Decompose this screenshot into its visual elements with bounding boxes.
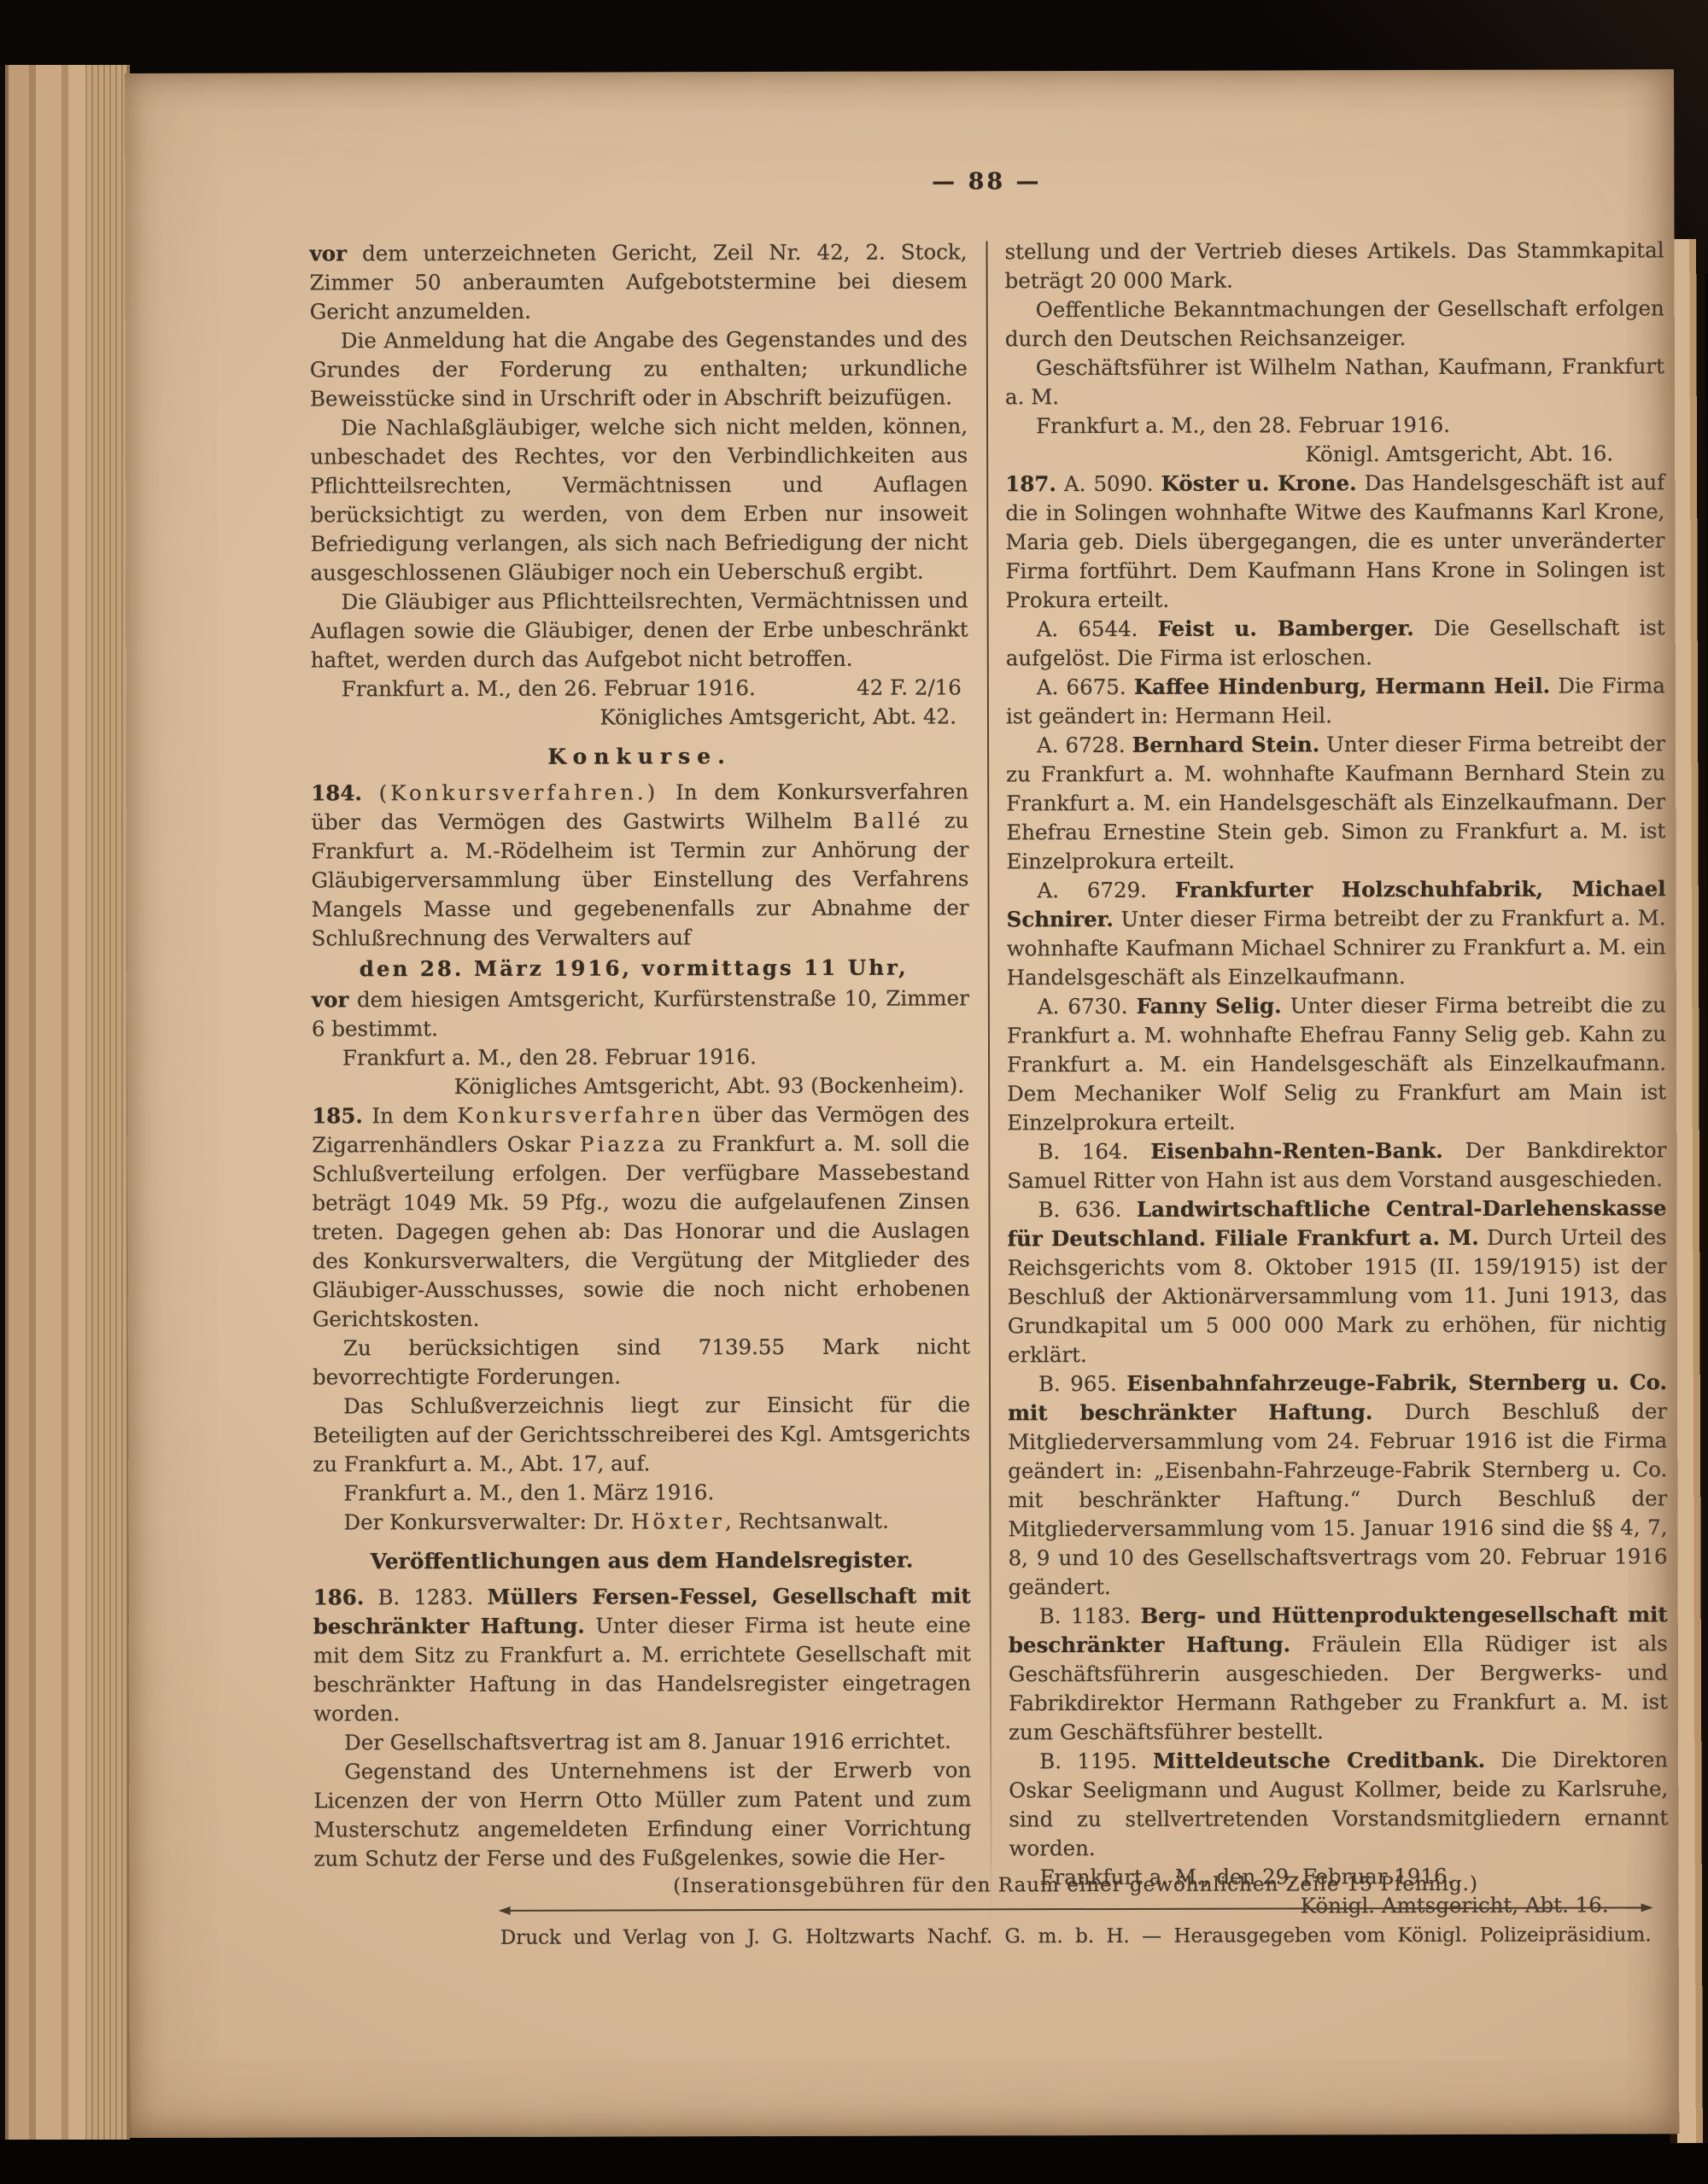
text-segment: Der Konkursverwalter: Dr.: [343, 1509, 631, 1534]
text-segment: Konkursverfahren: [457, 1102, 704, 1128]
text-segment: 187.: [1005, 471, 1056, 496]
signature-line: Königliches Amtsgericht, Abt. 42.: [311, 702, 968, 733]
text-segment: Ballé: [853, 809, 924, 833]
text-segment: B. 1183.: [1039, 1603, 1141, 1628]
paragraph: B. 636. Landwirtschaftliche Central-Darl…: [1007, 1194, 1667, 1369]
text-segment: Königl. Amtsgericht, Abt. 16.: [1305, 441, 1613, 466]
text-segment: B. 164.: [1038, 1139, 1150, 1164]
text-segment: Frankfurt a. M., den 28. Februar 1916.: [342, 1044, 757, 1070]
text-segment: A. 6544.: [1037, 616, 1158, 641]
text-segment: Die Nachlaßgläubiger, welche sich nicht …: [310, 413, 968, 585]
paragraph: 185. In dem Konkursverfahren über das Ve…: [312, 1100, 970, 1334]
text-segment: Köster u. Krone.: [1161, 470, 1357, 496]
text-segment: Veröffentlichungen aus dem Handelsregist…: [371, 1548, 914, 1574]
text-segment: vor: [312, 987, 349, 1012]
text-segment: Königliches Amtsgericht, Abt. 93 (Bocken…: [454, 1072, 964, 1099]
paragraph: B. 164. Eisenbahn-Renten-Bank. Der Bankd…: [1007, 1136, 1666, 1195]
text-segment: Zu berücksichtigen sind 7139.55 Mark nic…: [313, 1334, 970, 1389]
text-segment: A. 6729.: [1037, 878, 1174, 902]
text-columns: vor dem unterzeichneten Gericht, Zeil Nr…: [310, 236, 1669, 1923]
paragraph: 186. B. 1283. Müllers Fersen-Fessel, Ges…: [313, 1581, 971, 1728]
text-segment: Eisenbahn-Renten-Bank.: [1150, 1138, 1443, 1164]
text-segment: [362, 780, 379, 805]
column-divider-rule: [986, 241, 992, 1921]
page-footer: (Inserationsgebühren für den Raum einer …: [499, 1872, 1653, 1949]
paragraph: Zu berücksichtigen sind 7139.55 Mark nic…: [313, 1332, 970, 1392]
text-segment: , Rechtsanwalt.: [725, 1509, 889, 1534]
file-reference: 42 F. 2/16: [826, 673, 968, 702]
paragraph: A. 6544. Feist u. Bamberger. Die Gesells…: [1006, 613, 1665, 673]
text-segment: stellung und der Vertrieb dieses Artikel…: [1005, 237, 1664, 293]
paragraph: A. 6728. Bernhard Stein. Unter dieser Fi…: [1006, 729, 1665, 876]
text-segment: Die Gläubiger aus Pflichtteilsrechten, V…: [311, 587, 968, 672]
page-number: — 88 —: [309, 166, 1664, 196]
scanned-gazette-page: — 88 — vor dem unterzeichneten Gericht, …: [0, 0, 1708, 2184]
left-column: vor dem unterzeichneten Gericht, Zeil Nr…: [310, 237, 972, 1923]
section-heading: Veröffentlichungen aus dem Handelsregist…: [313, 1545, 971, 1576]
text-segment: vor: [310, 241, 348, 266]
text-segment: B. 636.: [1038, 1197, 1136, 1222]
paragraph: vor dem unterzeichneten Gericht, Zeil Nr…: [310, 237, 968, 326]
paragraph: Oeffentliche Bekanntmachungen der Gesell…: [1005, 294, 1664, 353]
text-segment: Höxter: [631, 1509, 725, 1533]
text-segment: dem unterzeichneten Gericht, Zeil Nr. 42…: [310, 239, 968, 324]
signature-line: Königliches Amtsgericht, Abt. 93 (Bocken…: [312, 1071, 969, 1101]
text-segment: 186.: [313, 1585, 365, 1609]
text-segment: Kaffee Hindenburg, Hermann Heil.: [1134, 674, 1550, 699]
text-segment: Fanny Selig.: [1137, 993, 1282, 1018]
text-segment: Feist u. Bamberger.: [1158, 616, 1414, 641]
text-segment: Gegenstand des Unternehmens ist der Erwe…: [313, 1757, 971, 1871]
text-segment: Bernhard Stein.: [1132, 732, 1320, 757]
date-line: Frankfurt a. M., den 28. Februar 1916.: [312, 1042, 969, 1072]
paragraph: 184. (Konkursverfahren.) In dem Konkursv…: [311, 777, 969, 953]
date-line: Frankfurt a. M., den 1. März 1916.: [313, 1477, 970, 1508]
paragraph: Die Nachlaßgläubiger, welche sich nicht …: [310, 412, 968, 587]
text-segment: Die Anmeldung hat die Angabe des Gegenst…: [310, 326, 968, 411]
signature-line: Königl. Amtsgericht, Abt. 16.: [1005, 439, 1664, 470]
paragraph: Die Gläubiger aus Pflichtteilsrechten, V…: [311, 586, 968, 674]
text-segment: Konkurse.: [547, 744, 731, 769]
paragraph: A. 6675. Kaffee Hindenburg, Hermann Heil…: [1006, 671, 1665, 731]
page-edge-ridges: [85, 65, 130, 2140]
paragraph: stellung und der Vertrieb dieses Artikel…: [1005, 236, 1664, 295]
footer-rule: [500, 1907, 1652, 1912]
text-segment: B. 1195.: [1039, 1749, 1153, 1773]
imprint-line: Druck und Verlag von J. G. Holtzwarts Na…: [499, 1924, 1653, 1949]
text-segment: B. 1283.: [364, 1585, 487, 1609]
text-segment: Frankfurt a. M., den 26. Februar 1916.: [342, 675, 756, 701]
page-content: — 88 — vor dem unterzeichneten Gericht, …: [309, 69, 1669, 2137]
paragraph: A. 6729. Frankfurter Holzschuhfabrik, Mi…: [1006, 874, 1665, 992]
paragraph: Gegenstand des Unternehmens ist der Erwe…: [313, 1755, 971, 1873]
text-segment: Frankfurt a. M., den 28. Februar 1916.: [1036, 412, 1450, 438]
paragraph: B. 965. Eisenbahnfahrzeuge-Fabrik, Stern…: [1008, 1368, 1668, 1602]
text-segment: A. 6730.: [1038, 994, 1137, 1019]
paragraph: 187. A. 5090. Köster u. Krone. Das Hande…: [1005, 468, 1664, 615]
text-segment: dem hiesigen Amtsgericht, Kurfürstenstra…: [312, 985, 969, 1041]
text-segment: Oeffentliche Bekanntmachungen der Gesell…: [1005, 295, 1664, 351]
text-segment: Durch Beschluß der Mitgliederversammlung…: [1008, 1399, 1667, 1599]
paper-sheet: — 88 — vor dem unterzeichneten Gericht, …: [125, 69, 1679, 2138]
text-segment: zu Frankfurt a. M. soll die Schlußvertei…: [312, 1130, 969, 1331]
paragraph: A. 6730. Fanny Selig. Unter dieser Firma…: [1007, 990, 1666, 1137]
text-segment: Frankfurt a. M., den 1. März 1916.: [343, 1480, 714, 1505]
text-segment: A. 5090.: [1056, 471, 1161, 496]
paragraph: B. 1183. Berg- und Hüttenproduktengesell…: [1009, 1600, 1668, 1747]
text-segment: (Konkursverfahren.): [379, 780, 659, 805]
paragraph: Die Anmeldung hat die Angabe des Gegenst…: [310, 324, 968, 413]
text-segment: A. 6675.: [1037, 674, 1134, 699]
paragraph: Das Schlußverzeichnis liegt zur Einsicht…: [313, 1390, 970, 1479]
right-column: stellung und der Vertrieb dieses Artikel…: [1005, 236, 1669, 1921]
text-segment: den 28. März 1916, vormittags 11 Uhr,: [360, 955, 909, 982]
text-segment: 184.: [311, 780, 362, 805]
insertion-fee-note: (Inserationsgebühren für den Raum einer …: [499, 1872, 1653, 1898]
text-segment: Mitteldeutsche Creditbank.: [1153, 1748, 1485, 1773]
paragraph: Geschäftsführer ist Wilhelm Nathan, Kauf…: [1005, 352, 1664, 412]
paragraph: Der Gesellschaftsvertrag ist am 8. Janua…: [313, 1726, 971, 1757]
text-segment: In dem: [363, 1103, 458, 1128]
hearing-date-line: den 28. März 1916, vormittags 11 Uhr,: [312, 953, 969, 984]
text-segment: A. 6728.: [1037, 733, 1132, 757]
text-segment: Der Gesellschaftsvertrag ist am 8. Janua…: [344, 1728, 951, 1755]
text-segment: Piazza: [580, 1131, 668, 1156]
text-segment: Geschäftsführer ist Wilhelm Nathan, Kauf…: [1005, 353, 1664, 409]
paragraph: vor dem hiesigen Amtsgericht, Kurfürsten…: [312, 984, 969, 1043]
text-segment: 185.: [312, 1103, 363, 1128]
section-heading: Konkurse.: [311, 741, 968, 772]
text-segment: Königliches Amtsgericht, Abt. 42.: [600, 704, 956, 729]
paragraph: Der Konkursverwalter: Dr. Höxter, Rechts…: [313, 1506, 970, 1537]
text-segment: Das Schlußverzeichnis liegt zur Einsicht…: [313, 1392, 970, 1476]
paragraph: B. 1195. Mitteldeutsche Creditbank. Die …: [1009, 1745, 1668, 1863]
date-line: 42 F. 2/16Frankfurt a. M., den 26. Febru…: [311, 673, 968, 704]
text-segment: B. 965.: [1038, 1371, 1126, 1396]
date-line: Frankfurt a. M., den 28. Februar 1916.: [1005, 410, 1664, 441]
